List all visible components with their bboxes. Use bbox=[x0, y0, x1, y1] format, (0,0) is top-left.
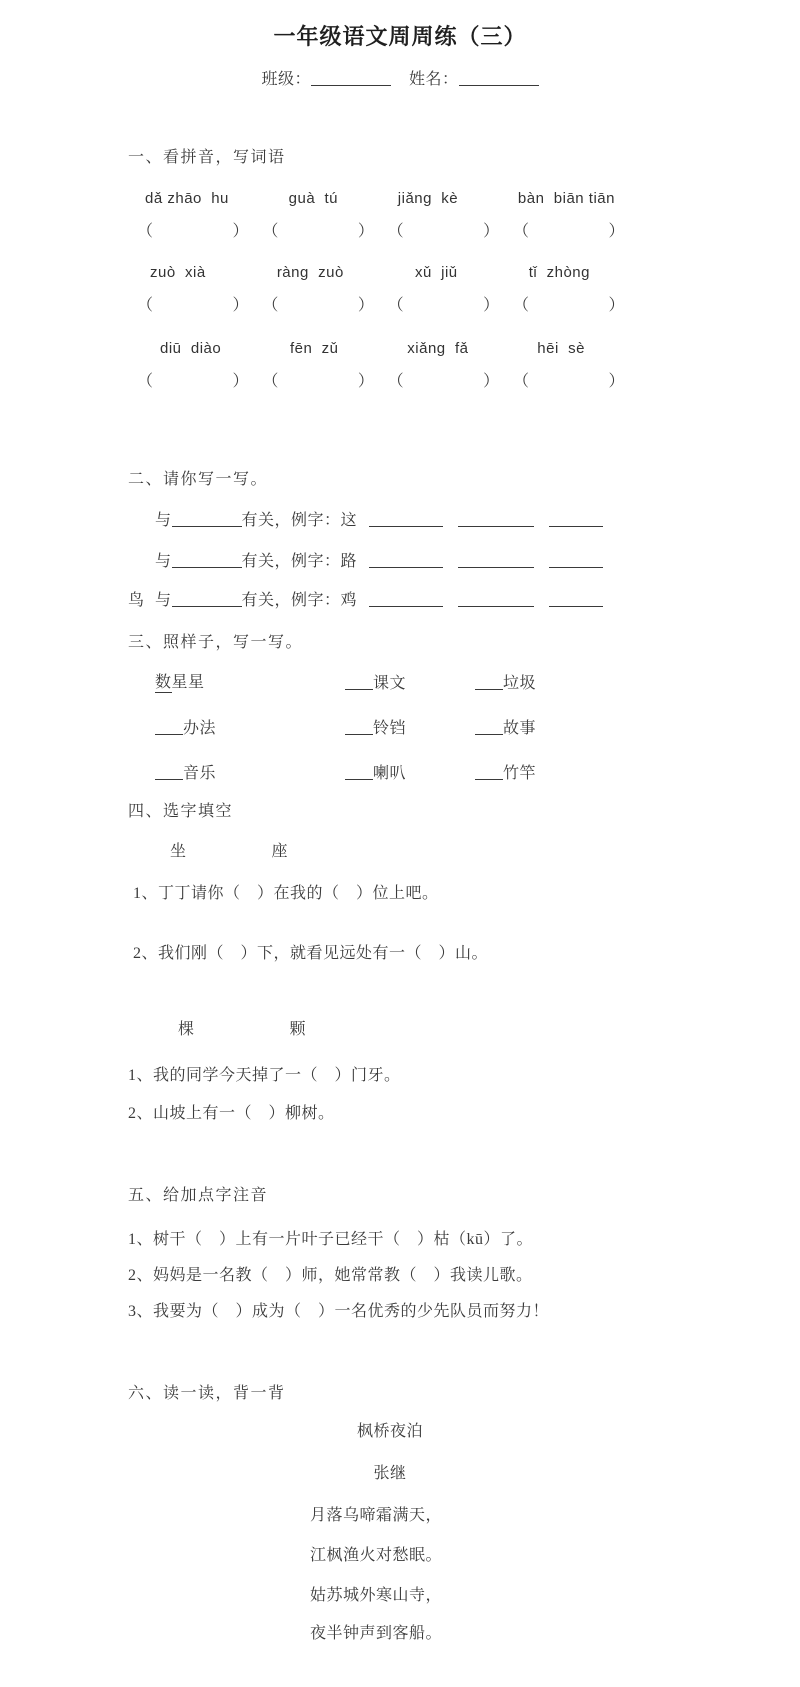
option-word: 座 bbox=[272, 843, 289, 860]
fill-item: 铃铛 bbox=[345, 718, 475, 739]
radical-row: 鸟与有关，例字：鸡 bbox=[128, 590, 800, 611]
pinyin-word: fēn zǔ bbox=[290, 340, 339, 358]
blank-line bbox=[345, 720, 373, 735]
poem-line: 月落乌啼霜满天， bbox=[310, 1506, 470, 1526]
pinyin-word: dǎ zhāo hu bbox=[145, 190, 229, 208]
blank-line bbox=[369, 553, 443, 568]
sentence: 2、我们刚（ ）下，就看见远处有一（ ）山。 bbox=[133, 944, 800, 964]
sentence: 1、树干（ ）上有一片叶子已经干（ ）枯（kū）了。 bbox=[128, 1230, 800, 1250]
pinyin-word: jiǎng kè bbox=[398, 190, 458, 208]
blank-line bbox=[345, 675, 373, 690]
pinyin-word: ràng zuò bbox=[277, 264, 344, 282]
blank-line bbox=[475, 720, 503, 735]
section3-grid: 数星星 课文 垃圾 办法 铃铛 故事 音乐 喇叭 竹竿 bbox=[155, 673, 800, 784]
fill-item: 办法 bbox=[155, 718, 345, 739]
fill-item: 喇叭 bbox=[345, 763, 475, 784]
open-paren: （ bbox=[262, 372, 279, 392]
row-lead: 与 bbox=[155, 592, 172, 609]
page-title: 一年级语文周周练（三） bbox=[0, 24, 800, 50]
close-paren: ） bbox=[483, 372, 500, 392]
class-label: 班级： bbox=[261, 71, 311, 88]
name-label: 姓名： bbox=[409, 71, 459, 88]
option-word: 棵 bbox=[178, 1021, 195, 1038]
answer-parens: （） bbox=[388, 296, 500, 316]
pinyin-word: hēi sè bbox=[537, 340, 585, 358]
answer-parens: （） bbox=[137, 372, 249, 392]
class-name-line: 班级：姓名： bbox=[0, 70, 800, 90]
blank-line bbox=[549, 553, 603, 568]
section1-heading: 一、看拼音，写词语 bbox=[128, 148, 800, 168]
sentence: 3、我要为（ ）成为（ ）一名优秀的少先队员而努力！ bbox=[128, 1302, 800, 1322]
sentence: 2、妈妈是一名教（ ）师，她常常教（ ）我读儿歌。 bbox=[128, 1266, 800, 1286]
fill-word: 竹竿 bbox=[503, 765, 536, 782]
open-paren: （ bbox=[388, 372, 405, 392]
fill-word: 垃圾 bbox=[503, 675, 536, 692]
blank-line bbox=[549, 512, 603, 527]
close-paren: ） bbox=[232, 222, 249, 242]
answer-parens: （） bbox=[388, 222, 500, 242]
sentence: 1、我的同学今天掉了一（ ）门牙。 bbox=[128, 1066, 800, 1086]
fill-item: 竹竿 bbox=[475, 763, 800, 784]
section4-heading: 四、选字填空 bbox=[128, 802, 800, 822]
pinyin-row: zuò xià ràng zuò xǔ jiǔ tǐ zhòng bbox=[150, 264, 590, 282]
answer-parens: （） bbox=[262, 372, 374, 392]
blank-line bbox=[155, 720, 183, 735]
row-tail: 有关，例字：这 bbox=[242, 512, 358, 529]
section2-heading: 二、请你写一写。 bbox=[128, 470, 800, 490]
blank-line bbox=[172, 592, 242, 607]
section3-heading: 三、照样子，写一写。 bbox=[128, 633, 800, 653]
blank-line bbox=[369, 512, 443, 527]
blank-line bbox=[458, 512, 534, 527]
open-paren: （ bbox=[513, 372, 530, 392]
answer-parens: （） bbox=[262, 222, 374, 242]
fill-word: 课文 bbox=[373, 675, 406, 692]
close-paren: ） bbox=[232, 372, 249, 392]
answer-parens: （） bbox=[262, 296, 374, 316]
fill-item: 课文 bbox=[345, 673, 475, 694]
answer-paren-row: （） （） （） （） bbox=[137, 222, 625, 242]
close-paren: ） bbox=[608, 372, 625, 392]
poem-line: 江枫渔火对愁眠。 bbox=[310, 1546, 470, 1566]
poem-author: 张继 bbox=[310, 1464, 470, 1484]
underlined-char: 数 bbox=[155, 674, 172, 693]
answer-paren-row: （） （） （） （） bbox=[137, 372, 625, 392]
sentence: 2、山坡上有一（ ）柳树。 bbox=[128, 1104, 800, 1124]
close-paren: ） bbox=[358, 372, 375, 392]
poem-title: 枫桥夜泊 bbox=[310, 1422, 470, 1442]
answer-parens: （） bbox=[513, 296, 625, 316]
fill-item: 音乐 bbox=[155, 763, 345, 784]
fill-word: 音乐 bbox=[183, 765, 216, 782]
open-paren: （ bbox=[513, 296, 530, 316]
pinyin-word: bàn biān tiān bbox=[518, 190, 615, 208]
open-paren: （ bbox=[513, 222, 530, 242]
pinyin-word: tǐ zhòng bbox=[529, 264, 590, 282]
option-pair: 坐座 bbox=[170, 842, 800, 862]
open-paren: （ bbox=[137, 372, 154, 392]
close-paren: ） bbox=[483, 296, 500, 316]
close-paren: ） bbox=[358, 222, 375, 242]
row-prefix: 鸟 bbox=[128, 591, 155, 611]
row-tail: 有关，例字：鸡 bbox=[242, 592, 358, 609]
example-word: 数星星 bbox=[155, 673, 345, 694]
option-word: 坐 bbox=[170, 843, 187, 860]
close-paren: ） bbox=[608, 222, 625, 242]
worksheet-page: 一年级语文周周练（三） 班级：姓名： 一、看拼音，写词语 dǎ zhāo hu … bbox=[0, 0, 800, 1687]
close-paren: ） bbox=[608, 296, 625, 316]
blank-line bbox=[172, 512, 242, 527]
blank-line bbox=[549, 592, 603, 607]
open-paren: （ bbox=[388, 222, 405, 242]
blank-line bbox=[369, 592, 443, 607]
open-paren: （ bbox=[388, 296, 405, 316]
sentence: 1、丁丁请你（ ）在我的（ ）位上吧。 bbox=[133, 884, 800, 904]
class-blank-line bbox=[311, 72, 391, 86]
row-lead: 与 bbox=[155, 512, 172, 529]
pinyin-row: diū diào fēn zǔ xiǎng fǎ hēi sè bbox=[160, 340, 585, 358]
fill-word: 故事 bbox=[503, 720, 536, 737]
open-paren: （ bbox=[137, 296, 154, 316]
poem-line: 夜半钟声到客船。 bbox=[310, 1624, 470, 1644]
close-paren: ） bbox=[358, 296, 375, 316]
pinyin-word: xǔ jiǔ bbox=[415, 264, 458, 282]
close-paren: ） bbox=[483, 222, 500, 242]
section6-heading: 六、读一读，背一背 bbox=[128, 1384, 800, 1404]
row-tail: 有关，例字：路 bbox=[242, 553, 358, 570]
blank-line bbox=[458, 592, 534, 607]
blank-line bbox=[155, 765, 183, 780]
row-lead: 与 bbox=[155, 553, 172, 570]
pinyin-word: diū diào bbox=[160, 340, 221, 358]
blank-line bbox=[475, 675, 503, 690]
blank-line bbox=[345, 765, 373, 780]
fill-item: 故事 bbox=[475, 718, 800, 739]
section5-heading: 五、给加点字注音 bbox=[128, 1186, 800, 1206]
blank-line bbox=[458, 553, 534, 568]
open-paren: （ bbox=[137, 222, 154, 242]
radical-row: 与有关，例字：路 bbox=[128, 551, 800, 572]
option-pair: 棵颗 bbox=[178, 1020, 800, 1040]
open-paren: （ bbox=[262, 296, 279, 316]
blank-line bbox=[172, 553, 242, 568]
poem-line: 姑苏城外寒山寺， bbox=[310, 1586, 470, 1606]
open-paren: （ bbox=[262, 222, 279, 242]
answer-parens: （） bbox=[137, 222, 249, 242]
close-paren: ） bbox=[232, 296, 249, 316]
fill-word: 喇叭 bbox=[373, 765, 406, 782]
pinyin-word: guà tú bbox=[289, 190, 338, 208]
fill-word: 办法 bbox=[183, 720, 216, 737]
option-word: 颗 bbox=[290, 1021, 307, 1038]
radical-row: 与有关，例字：这 bbox=[128, 510, 800, 531]
pinyin-row: dǎ zhāo hu guà tú jiǎng kè bàn biān tiān bbox=[145, 190, 615, 208]
answer-parens: （） bbox=[137, 296, 249, 316]
answer-paren-row: （） （） （） （） bbox=[137, 296, 625, 316]
pinyin-word: zuò xià bbox=[150, 264, 206, 282]
answer-parens: （） bbox=[513, 372, 625, 392]
poem-block: 枫桥夜泊 张继 月落乌啼霜满天， 江枫渔火对愁眠。 姑苏城外寒山寺， 夜半钟声到… bbox=[310, 1422, 470, 1644]
answer-parens: （） bbox=[513, 222, 625, 242]
fill-word: 铃铛 bbox=[373, 720, 406, 737]
name-blank-line bbox=[459, 72, 539, 86]
example-rest: 星星 bbox=[172, 674, 205, 691]
answer-parens: （） bbox=[388, 372, 500, 392]
blank-line bbox=[475, 765, 503, 780]
fill-item: 垃圾 bbox=[475, 673, 800, 694]
pinyin-word: xiǎng fǎ bbox=[407, 340, 468, 358]
